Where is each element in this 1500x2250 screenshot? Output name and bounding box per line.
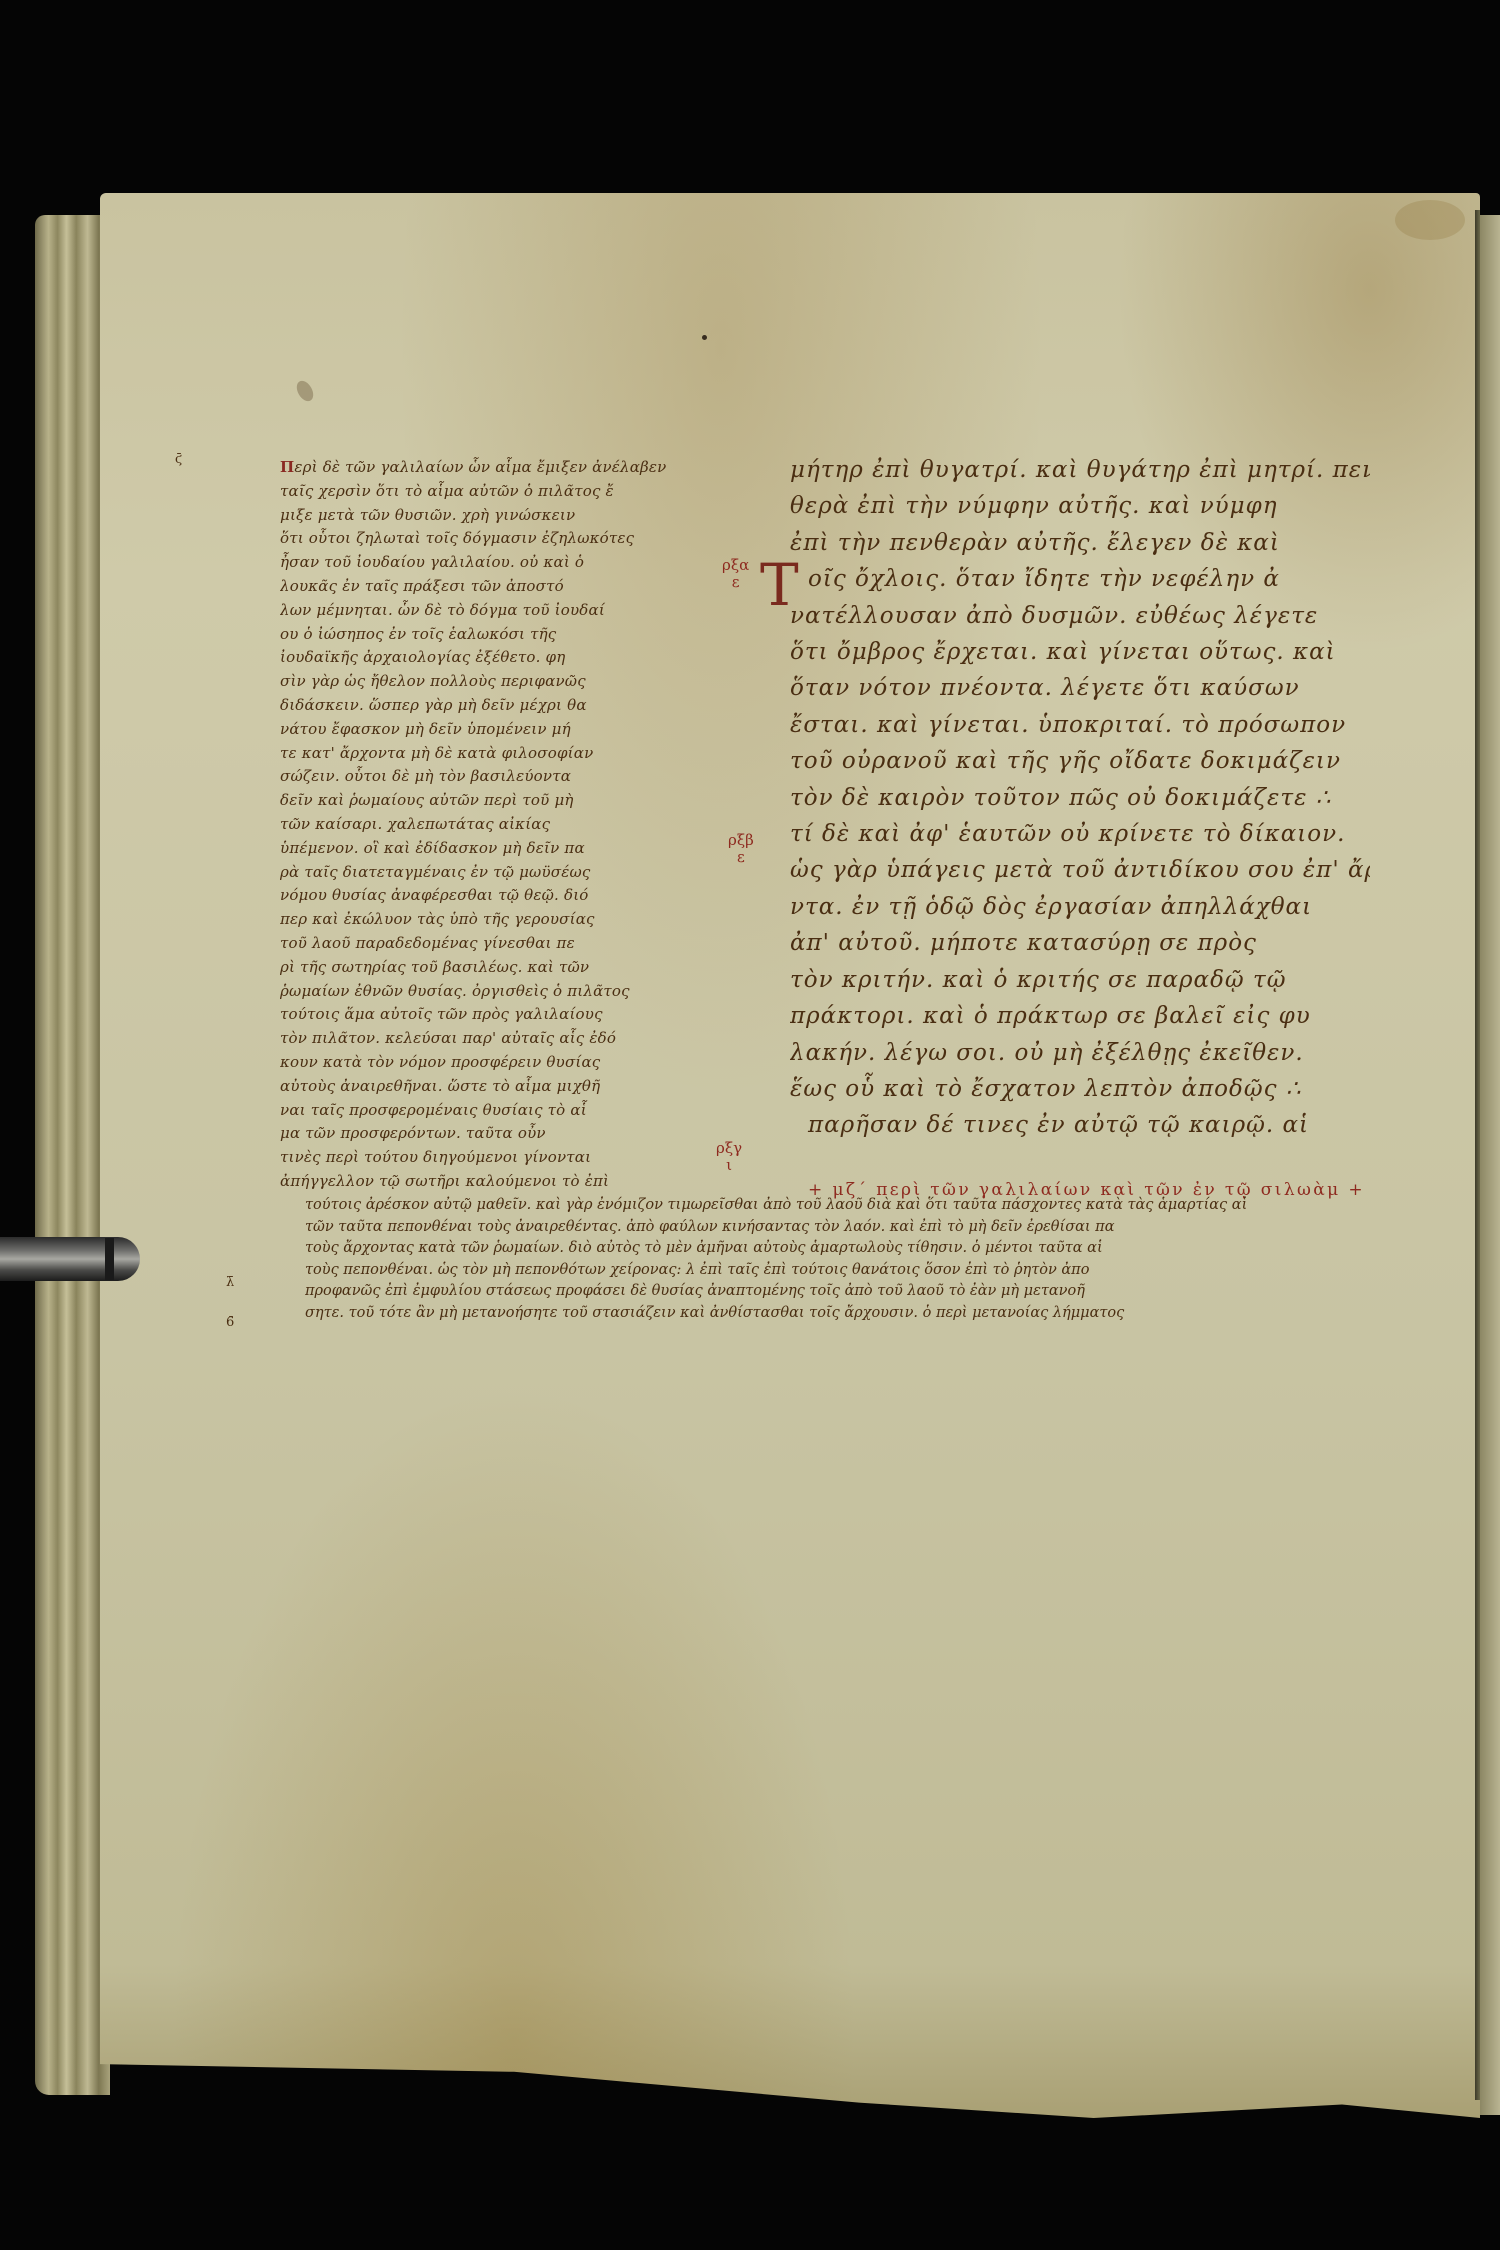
marginal-section-note: ρξα ε [722, 557, 749, 591]
text-line: ἕως οὗ καὶ τὸ ἔσχατον λεπτὸν ἀποδῷς ∴ [790, 1071, 1370, 1107]
margin-mark-lower-1: λ̄ [226, 1275, 234, 1290]
text-line: ου ὁ ἰώσηπος ἐν τοῖς ἑαλωκόσι τῆς [280, 623, 710, 647]
text-line: μιξε μετὰ τῶν θυσιῶν. χρὴ γινώσκειν [280, 504, 710, 528]
canon-number: ι [716, 1157, 742, 1174]
text-line: λακήν. λέγω σοι. οὐ μὴ ἐξέλθῃς ἐκεῖθεν. [790, 1035, 1370, 1071]
text-line: ὑπέμενον. οἳ καὶ ἐδίδασκον μὴ δεῖν πα [280, 837, 710, 861]
left-column-commentary: Περὶ δὲ τῶν γαλιλαίων ὧν αἷμα ἔμιξεν ἀνέ… [280, 456, 710, 1194]
text-line: σὶν γὰρ ὡς ἤθελον πολλοὺς περιφανῶς [280, 670, 710, 694]
text-line: δεῖν καὶ ῥωμαίους αὐτῶν περὶ τοῦ μὴ [280, 789, 710, 813]
section-number: ρξγ [716, 1140, 742, 1157]
text-line: ἦσαν τοῦ ἰουδαίου γαλιλαίου. οὐ καὶ ὁ [280, 551, 710, 575]
text-line: ρὰ ταῖς διατεταγμέναις ἐν τῷ μωϋσέως [280, 861, 710, 885]
rubricated-initial: Π [280, 458, 294, 476]
text-line: τῶν ταῦτα πεπονθέναι τοὺς ἀναιρεθέντας. … [305, 1217, 1385, 1239]
text-line: νατέλλουσαν ἀπὸ δυσμῶν. εὐθέως λέγετε [790, 598, 1370, 634]
section-number: ρξβ [728, 832, 754, 849]
text-line: ἀπ' αὐτοῦ. μήποτε κατασύρῃ σε πρὸς [790, 925, 1370, 961]
text-line: μα τῶν προσφερόντων. ταῦτα οὖν [280, 1122, 710, 1146]
text-line: ὡς γὰρ ὑπάγεις μετὰ τοῦ ἀντιδίκου σου ἐπ… [790, 852, 1370, 888]
text-line: σώζειν. οὗτοι δὲ μὴ τὸν βασιλεύοντα [280, 765, 710, 789]
text-line: τί δὲ καὶ ἀφ' ἑαυτῶν οὐ κρίνετε τὸ δίκαι… [790, 816, 1370, 852]
text-line: νάτου ἔφασκον μὴ δεῖν ὑπομένειν μή [280, 718, 710, 742]
text-line: λουκᾶς ἐν ταῖς πράξεσι τῶν ἀποστό [280, 575, 710, 599]
stain-mark [702, 335, 707, 340]
text-line: διδάσκειν. ὥσπερ γὰρ μὴ δεῖν μέχρι θα [280, 694, 710, 718]
book-clip [0, 1237, 140, 1281]
text-line: τοῦ οὐρανοῦ καὶ τῆς γῆς οἴδατε δοκιμάζει… [790, 743, 1370, 779]
text-line: σητε. τοῦ τότε ἂν μὴ μετανοήσητε τοῦ στα… [305, 1303, 1385, 1325]
facing-page-edge [1480, 215, 1500, 2115]
text-line: τούτοις ἀρέσκον αὐτῷ μαθεῖν. καὶ γὰρ ἐνό… [305, 1195, 1385, 1217]
text-line: ναι ταῖς προσφερομέναις θυσίαις τὸ αἷ [280, 1099, 710, 1123]
text-line: μήτηρ ἐπὶ θυγατρί. καὶ θυγάτηρ ἐπὶ μητρί… [790, 452, 1370, 488]
text-line: ντα. ἐν τῇ ὁδῷ δὸς ἐργασίαν ἀπηλλάχθαι [790, 889, 1370, 925]
text-line: τοῦ λαοῦ παραδεδομένας γίνεσθαι πε [280, 932, 710, 956]
marginal-section-note: ρξγ ι [716, 1140, 742, 1174]
text-line: ἔσται. καὶ γίνεται. ὑποκριταί. τὸ πρόσωπ… [790, 707, 1370, 743]
text-line: ρὶ τῆς σωτηρίας τοῦ βασιλέως. καὶ τῶν [280, 956, 710, 980]
rubricated-initial-large: Τ [760, 556, 799, 614]
text-line: ῥωμαίων ἐθνῶν θυσίας. ὀργισθεὶς ὁ πιλᾶτο… [280, 980, 710, 1004]
text-line: νόμου θυσίας ἀναφέρεσθαι τῷ θεῷ. διό [280, 884, 710, 908]
text-line: κουν κατὰ τὸν νόμον προσφέρειν θυσίας [280, 1051, 710, 1075]
text-line: ἐπὶ τὴν πενθερὰν αὐτῆς. ἔλεγεν δὲ καὶ [790, 525, 1370, 561]
text-line: ὅτι ὄμβρος ἔρχεται. καὶ γίνεται οὕτως. κ… [790, 634, 1370, 670]
marginal-section-note: ρξβ ε [728, 832, 754, 866]
right-column-gospel-text: μήτηρ ἐπὶ θυγατρί. καὶ θυγάτηρ ἐπὶ μητρί… [790, 452, 1370, 1144]
text-line: ὅτι οὗτοι ζηλωταὶ τοῖς δόγμασιν ἐζηλωκότ… [280, 527, 710, 551]
canon-number: ε [728, 849, 754, 866]
text-line: οῖς ὄχλοις. ὅταν ἴδητε τὴν νεφέλην ἀ [790, 561, 1370, 597]
margin-mark-top: ϛ̄ [175, 452, 182, 467]
canon-number: ε [722, 574, 749, 591]
book-clip-band [105, 1238, 114, 1280]
text-line: τῶν καίσαρι. χαλεπωτάτας αἰκίας [280, 813, 710, 837]
text-line: παρῆσαν δέ τινες ἐν αὐτῷ τῷ καιρῷ. αἱ [790, 1107, 1370, 1143]
page-stack-edges [35, 215, 110, 2095]
text-line: τούτοις ἅμα αὐτοῖς τῶν πρὸς γαλιλαίους [280, 1003, 710, 1027]
margin-mark-lower-2: 6̄ [226, 1315, 234, 1330]
text-line: λων μέμνηται. ὧν δὲ τὸ δόγμα τοῦ ἰουδαί [280, 599, 710, 623]
text-line: ὅταν νότον πνέοντα. λέγετε ὅτι καύσων [790, 670, 1370, 706]
gutter-fold [1475, 210, 1480, 2100]
text-line: τοὺς πεπονθέναι. ὡς τὸν μὴ πεπονθότων χε… [305, 1260, 1385, 1282]
text-line: αὐτοὺς ἀναιρεθῆναι. ὥστε τὸ αἷμα μιχθῆ [280, 1075, 710, 1099]
text-line: ἰουδαϊκῆς ἀρχαιολογίας ἐξέθετο. φη [280, 646, 710, 670]
text-line: θερὰ ἐπὶ τὴν νύμφην αὐτῆς. καὶ νύμφη [790, 488, 1370, 524]
text-line: ταῖς χερσὶν ὅτι τὸ αἷμα αὐτῶν ὁ πιλᾶτος … [280, 480, 710, 504]
text-line: τὸν κριτήν. καὶ ὁ κριτής σε παραδῷ τῷ [790, 962, 1370, 998]
stain-mark [1395, 200, 1465, 240]
text-line: τὸν δὲ καιρὸν τοῦτον πῶς οὐ δοκιμάζετε ∴ [790, 780, 1370, 816]
text-line: τε κατ' ἄρχοντα μὴ δὲ κατὰ φιλοσοφίαν [280, 742, 710, 766]
text-line: πράκτορι. καὶ ὁ πράκτωρ σε βαλεῖ εἰς φυ [790, 998, 1370, 1034]
text-line: τοὺς ἄρχοντας κατὰ τῶν ῥωμαίων. διὸ αὐτὸ… [305, 1238, 1385, 1260]
bottom-commentary-block: τούτοις ἀρέσκον αὐτῷ μαθεῖν. καὶ γὰρ ἐνό… [305, 1195, 1385, 1324]
text-line: προφανῶς ἐπὶ ἐμφυλίου στάσεως προφάσει δ… [305, 1281, 1385, 1303]
section-number: ρξα [722, 557, 749, 574]
text-line: περ καὶ ἐκώλυον τὰς ὑπὸ τῆς γερουσίας [280, 908, 710, 932]
text-line: τὸν πιλᾶτον. κελεύσαι παρ' αὐταῖς αἷς ἐδ… [280, 1027, 710, 1051]
text-line: τινὲς περὶ τούτου διηγούμενοι γίνονται [280, 1146, 710, 1170]
text-line: ἀπήγγελλον τῷ σωτῆρι καλούμενοι τὸ ἐπὶ [280, 1170, 710, 1194]
text-line: Περὶ δὲ τῶν γαλιλαίων ὧν αἷμα ἔμιξεν ἀνέ… [280, 456, 710, 480]
